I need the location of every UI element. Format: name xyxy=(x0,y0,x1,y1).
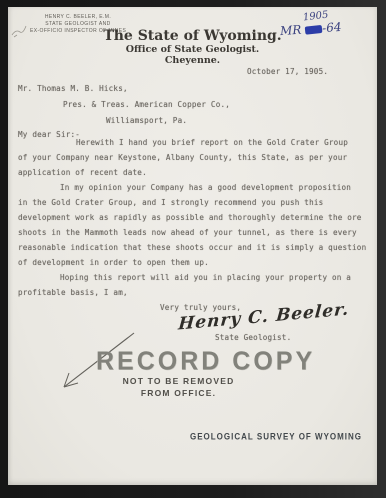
officer-title-1: STATE GEOLOGIST AND xyxy=(30,21,126,28)
scanned-letter: HENRY C. BEELER, E.M. STATE GEOLOGIST AN… xyxy=(0,0,386,498)
body-line: of development in order to open them up. xyxy=(18,258,209,267)
signature-title: State Geologist. xyxy=(215,333,291,342)
body-line: of your Company near Keystone, Albany Co… xyxy=(18,153,347,162)
body-line: In my opinion your Company has a good de… xyxy=(60,183,351,192)
recipient-name: Mr. Thomas M. B. Hicks, xyxy=(18,84,128,93)
body-line: in the Gold Crater Group, and I strongly… xyxy=(18,198,323,207)
salutation: My dear Sir:- xyxy=(18,130,80,139)
not-removed-line1: NOT TO BE REMOVED xyxy=(96,376,261,386)
body-line: shoots in the Mammoth leads now ahead of… xyxy=(18,228,357,237)
officer-name: HENRY C. BEELER, E.M. xyxy=(30,14,126,21)
not-removed-line2: FROM OFFICE. xyxy=(96,388,261,398)
letter-paper: HENRY C. BEELER, E.M. STATE GEOLOGIST AN… xyxy=(8,7,377,485)
body-line: Hoping this report will aid you in placi… xyxy=(60,273,351,282)
recipient-city: Williamsport, Pa. xyxy=(106,116,187,125)
letterhead-city: Cheyenne. xyxy=(8,55,377,66)
letterhead-state: The State of Wyoming. xyxy=(8,28,377,44)
body-line: application of recent date. xyxy=(18,168,147,177)
letterhead-office: Office of State Geologist. xyxy=(8,44,377,55)
body-line: Herewith I hand you brief report on the … xyxy=(76,138,348,147)
body-line: profitable basis, I am, xyxy=(18,288,128,297)
letter-date: October 17, 1905. xyxy=(247,67,328,76)
record-copy-stamp: RECORD COPY xyxy=(96,346,315,376)
recipient-title: Pres. & Treas. American Copper Co., xyxy=(63,100,230,109)
survey-stamp: GEOLOGICAL SURVEY OF WYOMING xyxy=(190,431,362,441)
body-line: development work as rapidly as possible … xyxy=(18,213,362,222)
body-line: reasonable indication that these shoots … xyxy=(18,243,366,252)
